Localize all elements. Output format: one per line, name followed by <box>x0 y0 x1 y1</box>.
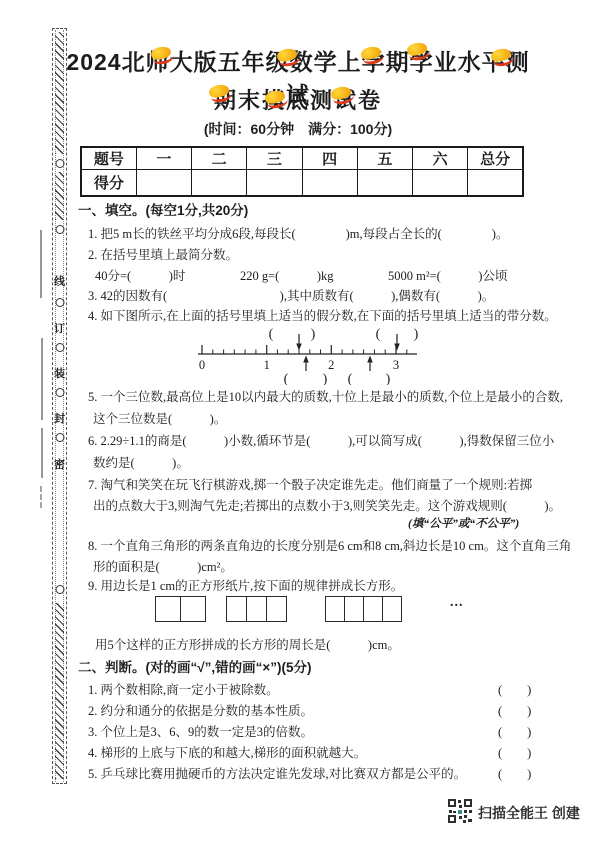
judgment-item: 1. 两个数相除,商一定小于被除数。( ) <box>88 682 279 698</box>
circle-mark <box>55 585 64 594</box>
circle-mark <box>55 225 64 234</box>
exam-subtitle: 期末摸底测试卷 <box>58 84 538 115</box>
question-9-tail: 用5个这样的正方形拼成的长方形的周长是( )cm。 <box>95 637 400 653</box>
question-3: 3. 42的因数有( ),其中质数有( ),偶数有( )。 <box>88 288 494 304</box>
score-header-cell: 题号 <box>81 147 136 170</box>
stamp-icon <box>150 47 176 62</box>
squares-group <box>325 596 402 622</box>
judgment-text: 5. 乒乓球比赛用抛硬币的方法决定谁先发球,对比赛双方都是公平的。 <box>88 767 466 781</box>
circle-mark <box>55 298 64 307</box>
question-6-line1: 6. 2.29÷1.1的商是( )小数,循环节是( ),可以简写成( ),得数保… <box>88 433 554 449</box>
unit-square <box>363 596 383 622</box>
question-5-line2: 这个三位数是( )。 <box>93 411 226 427</box>
unit-square <box>180 596 206 622</box>
circle-mark <box>55 388 64 397</box>
answer-paren: ( ) <box>498 682 531 698</box>
judgment-item: 2. 约分和通分的依据是分数的基本性质。( ) <box>88 703 313 719</box>
question-2: 2. 在括号里填上最简分数。 <box>88 247 238 263</box>
squares-group <box>155 596 206 622</box>
stamp-icon <box>264 91 290 106</box>
question-7-note: (填“公平”或“不公平”) <box>408 516 519 532</box>
blank-paren: ) <box>414 327 419 342</box>
binding-char: 线 <box>53 273 66 289</box>
scan-artifact-line <box>41 338 43 420</box>
score-header-cell: 六 <box>413 147 468 170</box>
unit-square <box>344 596 364 622</box>
judgment-text: 3. 个位上是3、6、9的数一定是3的倍数。 <box>88 725 313 739</box>
question-8-line2: 形的面积是( )cm²。 <box>93 559 233 575</box>
score-header-cell: 三 <box>247 147 302 170</box>
numberline-label: 0 <box>199 358 205 372</box>
answer-paren: ( ) <box>498 766 531 782</box>
up-arrow-icon <box>303 356 309 363</box>
ellipsis-mark: ... <box>450 595 464 611</box>
question-5-line1: 5. 一个三位数,最高位上是10以内最大的质数,十位上是最小的质数,个位上是最小… <box>88 389 563 405</box>
question-2-item: 40分=( )时 <box>95 268 185 284</box>
unit-square <box>155 596 181 622</box>
numberline-diagram: ( ) ( ) 0 1 2 3 ( ) ( ) <box>193 323 443 385</box>
score-row-label: 得分 <box>81 170 136 197</box>
score-blank-cell <box>357 170 412 197</box>
hatch-marks <box>55 603 64 779</box>
question-7-line1: 7. 淘气和笑笑在玩飞行棋游戏,掷一个骰子决定谁先走。他们商量了一个规则:若掷 <box>88 477 532 493</box>
score-header-cell: 四 <box>302 147 357 170</box>
unit-square <box>246 596 267 622</box>
score-blank-cell <box>413 170 468 197</box>
judgment-item: 4. 梯形的上底与下底的和越大,梯形的面积就越大。( ) <box>88 745 366 761</box>
stamp-icon <box>360 47 386 62</box>
score-header-cell: 二 <box>192 147 247 170</box>
judgment-text: 2. 约分和通分的依据是分数的基本性质。 <box>88 704 313 718</box>
judgment-text: 4. 梯形的上底与下底的和越大,梯形的面积就越大。 <box>88 746 366 760</box>
answer-paren: ( ) <box>498 724 531 740</box>
score-blank-cell <box>247 170 302 197</box>
time-score-info: (时间：60分钟 满分：100分) <box>58 119 538 139</box>
down-arrow-icon <box>394 344 400 351</box>
question-6-line2: 数约是( )。 <box>93 455 189 471</box>
blank-paren: ( <box>376 327 381 342</box>
blank-paren: ( <box>269 327 274 342</box>
numberline-label: 3 <box>393 358 399 372</box>
judgment-item: 3. 个位上是3、6、9的数一定是3的倍数。( ) <box>88 724 313 740</box>
scan-artifact-line <box>41 428 43 478</box>
stamp-icon <box>406 43 432 58</box>
binding-char: 密 <box>53 456 66 472</box>
answer-paren: ( ) <box>498 703 531 719</box>
score-table: 题号 一 二 三 四 五 六 总分 得分 <box>80 146 524 197</box>
score-header-cell: 一 <box>136 147 191 170</box>
blank-paren: ) <box>323 372 328 385</box>
question-4: 4. 如下图所示,在上面的括号里填上适当的假分数,在下面的括号里填上适当的带分数… <box>88 308 557 324</box>
score-blank-cell <box>192 170 247 197</box>
score-header-cell: 五 <box>357 147 412 170</box>
down-arrow-icon <box>296 344 302 351</box>
score-blank-cell <box>468 170 523 197</box>
stamp-icon <box>208 85 234 100</box>
question-2-item: 5000 m²=( )公顷 <box>388 268 507 284</box>
question-8-line1: 8. 一个直角三角形的两条直角边的长度分别是6 cm和8 cm,斜边长是10 c… <box>88 538 571 554</box>
scan-artifact-line <box>40 230 42 298</box>
score-blank-cell <box>302 170 357 197</box>
blank-paren: ( <box>284 372 289 385</box>
scan-artifact-line <box>40 486 44 508</box>
qr-code-icon <box>447 798 473 824</box>
unit-square <box>382 596 402 622</box>
up-arrow-icon <box>367 356 373 363</box>
squares-group <box>226 596 287 622</box>
stamp-icon <box>490 49 516 64</box>
binding-char: 装 <box>53 365 66 381</box>
unit-square <box>226 596 247 622</box>
unit-square <box>325 596 345 622</box>
judgment-item: 5. 乒乓球比赛用抛硬币的方法决定谁先发球,对比赛双方都是公平的。( ) <box>88 766 466 782</box>
circle-mark <box>55 433 64 442</box>
numberline-label: 1 <box>264 358 270 372</box>
numberline-label: 2 <box>328 358 334 372</box>
up-arrow-icon <box>306 361 370 371</box>
answer-paren: ( ) <box>498 745 531 761</box>
score-header-cell: 总分 <box>468 147 523 170</box>
hatch-marks <box>55 172 64 220</box>
blank-paren: ( <box>348 372 353 385</box>
binding-char: 订 <box>53 320 66 336</box>
question-7-line2: 出的点数大于3,则淘气先走;若掷出的点数小于3,则笑笑先走。这个游戏规则( )。 <box>93 498 561 514</box>
binding-strip: 线 订 装 封 密 <box>52 28 67 784</box>
section1-heading: 一、填空。(每空1分,共20分) <box>78 203 248 219</box>
question-9: 9. 用边长是1 cm的正方形纸片,按下面的规律拼成长方形。 <box>88 578 403 594</box>
unit-square <box>266 596 287 622</box>
scanned-exam-page: 线 订 装 封 密 2024北师大版五年级数学上学期学业水平测试 期末摸底测试卷… <box>0 0 595 842</box>
question-2-item: 220 g=( )kg <box>240 268 334 284</box>
blank-paren: ) <box>311 327 316 342</box>
blank-paren: ) <box>386 372 391 385</box>
stamp-icon <box>276 49 302 64</box>
question-1: 1. 把5 m长的铁丝平均分成6段,每段长( )m,每段占全长的( )。 <box>88 226 508 242</box>
score-blank-cell <box>136 170 191 197</box>
judgment-text: 1. 两个数相除,商一定小于被除数。 <box>88 683 279 697</box>
circle-mark <box>55 159 64 168</box>
circle-mark <box>55 343 64 352</box>
camscanner-watermark: 扫描全能王 创建 <box>478 803 580 823</box>
binding-char: 封 <box>53 410 66 426</box>
section2-heading: 二、判断。(对的画“√”,错的画“×”)(5分) <box>78 660 312 676</box>
stamp-icon <box>330 87 356 102</box>
